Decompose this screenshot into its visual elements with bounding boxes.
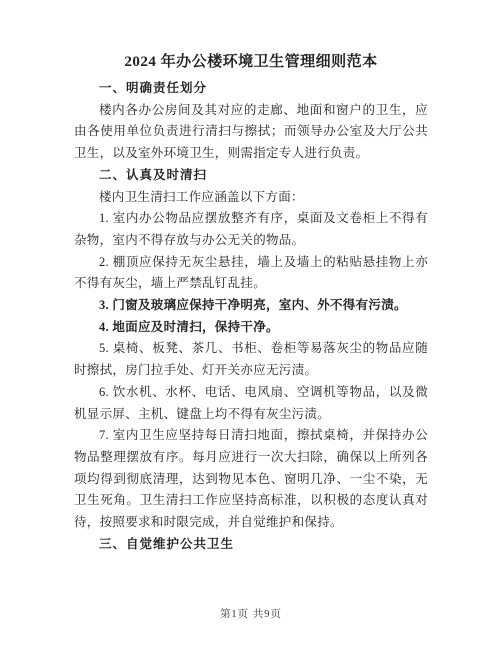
document-body: 一、明确责任划分 楼内各办公房间及其对应的走廊、地面和窗户的卫生，应由各使用单位… [74,78,428,555]
list-item-4: 4. 地面应及时清扫，保持干净。 [74,317,428,339]
list-item-3: 3. 门窗及玻璃应保持干净明亮，室内、外不得有污渍。 [74,295,428,317]
list-item-5: 5. 桌椅、板凳、茶几、书柜、卷柜等易落灰尘的物品应随时擦拭，房门拉手处、灯开关… [74,338,428,381]
section-heading-1: 一、明确责任划分 [74,78,428,100]
page-footer: 第1页 共9页 [0,606,502,621]
list-item-6: 6. 饮水机、水杯、电话、电风扇、空调机等物品，以及微机显示屏、主机、键盘上均不… [74,382,428,425]
section-heading-3: 三、自觉维护公共卫生 [74,534,428,556]
paragraph: 楼内卫生清扫工作应涵盖以下方面： [74,187,428,209]
document-title: 2024 年办公楼环境卫生管理细则范本 [70,0,432,74]
section-heading-2: 二、认真及时清扫 [74,165,428,187]
list-item-1: 1. 室内办公物品应摆放整齐有序，桌面及文卷柜上不得有杂物，室内不得存放与办公无… [74,208,428,251]
paragraph: 楼内各办公房间及其对应的走廊、地面和窗户的卫生，应由各使用单位负责进行清扫与擦拭… [74,100,428,165]
document-page: 2024 年办公楼环境卫生管理细则范本 一、明确责任划分 楼内各办公房间及其对应… [0,0,502,649]
page-number: 第1页 共9页 [220,609,282,620]
list-item-7: 7. 室内卫生应坚持每日清扫地面，擦拭桌椅，并保持办公物品整理摆放有序。每月应进… [74,425,428,534]
list-item-2: 2. 棚顶应保持无灰尘悬挂，墙上及墙上的粘贴悬挂物上亦不得有灰尘，墙上严禁乱钉乱… [74,252,428,295]
